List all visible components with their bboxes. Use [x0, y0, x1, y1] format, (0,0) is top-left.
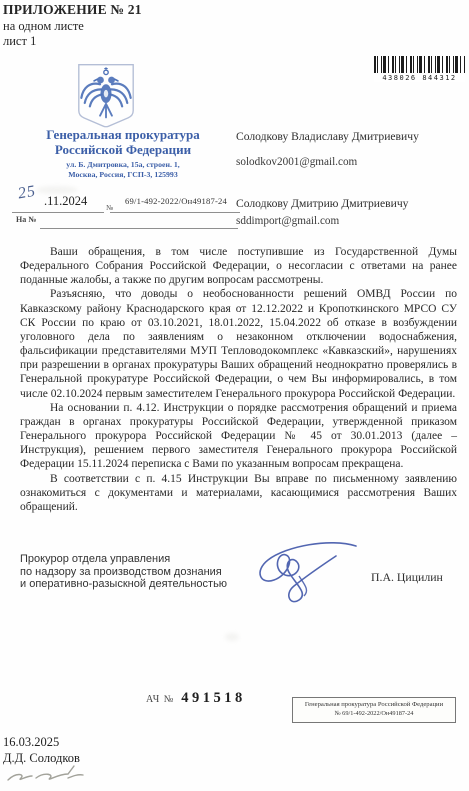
stamp-org-name: Генеральная прокуратура Российской Федер…	[293, 701, 455, 710]
appendix-subtitle-sheet-number: лист 1	[3, 34, 36, 49]
reference-number-label: На №	[16, 215, 36, 224]
org-name: Генеральная прокуратура Российской Федер…	[14, 127, 232, 157]
barcode-digits: 438026 844312	[374, 74, 465, 82]
letter-date: .11.2024	[44, 194, 87, 209]
org-name-line1: Генеральная прокуратура	[14, 127, 232, 142]
signer-title: Прокурор отдела управления по надзору за…	[20, 553, 227, 591]
recipient-signature-icon	[4, 763, 90, 791]
signer-name: П.А. Цицилин	[371, 570, 443, 585]
registry-number: АЧ № 491518	[146, 690, 246, 707]
recipient-1-name: Солодкову Владиславу Дмитриевичу	[236, 130, 419, 143]
scanned-letter-page: ПРИЛОЖЕНИЕ № 21 на одном листе лист 1 43…	[0, 0, 469, 791]
org-address-line1: ул. Б. Дмитровка, 15а, строен. 1,	[14, 160, 232, 170]
official-signature-icon	[252, 536, 360, 613]
outgoing-number: 69/1-492-2022/Он49187-24	[112, 196, 240, 206]
signer-title-line1: Прокурор отдела управления	[20, 553, 227, 566]
handwritten-day: 25	[17, 183, 38, 204]
reference-underline	[40, 227, 238, 229]
appendix-subtitle-sheets: на одном листе	[3, 19, 84, 34]
recipient-2-name: Солодкову Дмитрию Дмитриевичу	[236, 197, 408, 210]
body-paragraph: На основании п. 4.12. Инструкции о поряд…	[20, 401, 457, 472]
signer-title-line3: и оперативно-разыскной деятельностью	[20, 578, 227, 591]
org-address: ул. Б. Дмитровка, 15а, строен. 1, Москва…	[14, 160, 232, 179]
org-address-line2: Москва, Россия, ГСП-3, 125993	[14, 170, 232, 180]
registration-stamp: Генеральная прокуратура Российской Федер…	[292, 697, 456, 723]
body-paragraph: В соответствии с п. 4.15 Инструкции Вы в…	[20, 472, 457, 514]
stamp-doc-number: № 69/1-492-2022/Он49187-24	[293, 710, 455, 719]
body-paragraph: Ваши обращения, в том числе поступившие …	[20, 245, 457, 287]
appendix-title: ПРИЛОЖЕНИЕ № 21	[3, 2, 142, 18]
barcode-bars-icon	[374, 56, 465, 73]
date-underline	[12, 211, 104, 213]
scan-artifact	[36, 186, 78, 194]
org-name-line2: Российской Федерации	[14, 142, 232, 157]
registry-number-label: АЧ №	[146, 694, 174, 705]
scan-artifact	[225, 633, 239, 641]
letter-body: Ваши обращения, в том числе поступившие …	[20, 245, 457, 514]
barcode: 438026 844312	[374, 56, 465, 82]
body-paragraph: Разъясняю, что доводы о необоснованности…	[20, 287, 457, 400]
signer-title-line2: по надзору за производством дознания	[20, 566, 227, 579]
recipient-1-email: solodkov2001@gmail.com	[236, 156, 357, 168]
number-underline	[110, 211, 240, 213]
registry-number-value: 491518	[181, 690, 246, 707]
received-date: 16.03.2025	[3, 735, 59, 750]
recipient-2-email: sddimport@gmail.com	[236, 215, 339, 227]
